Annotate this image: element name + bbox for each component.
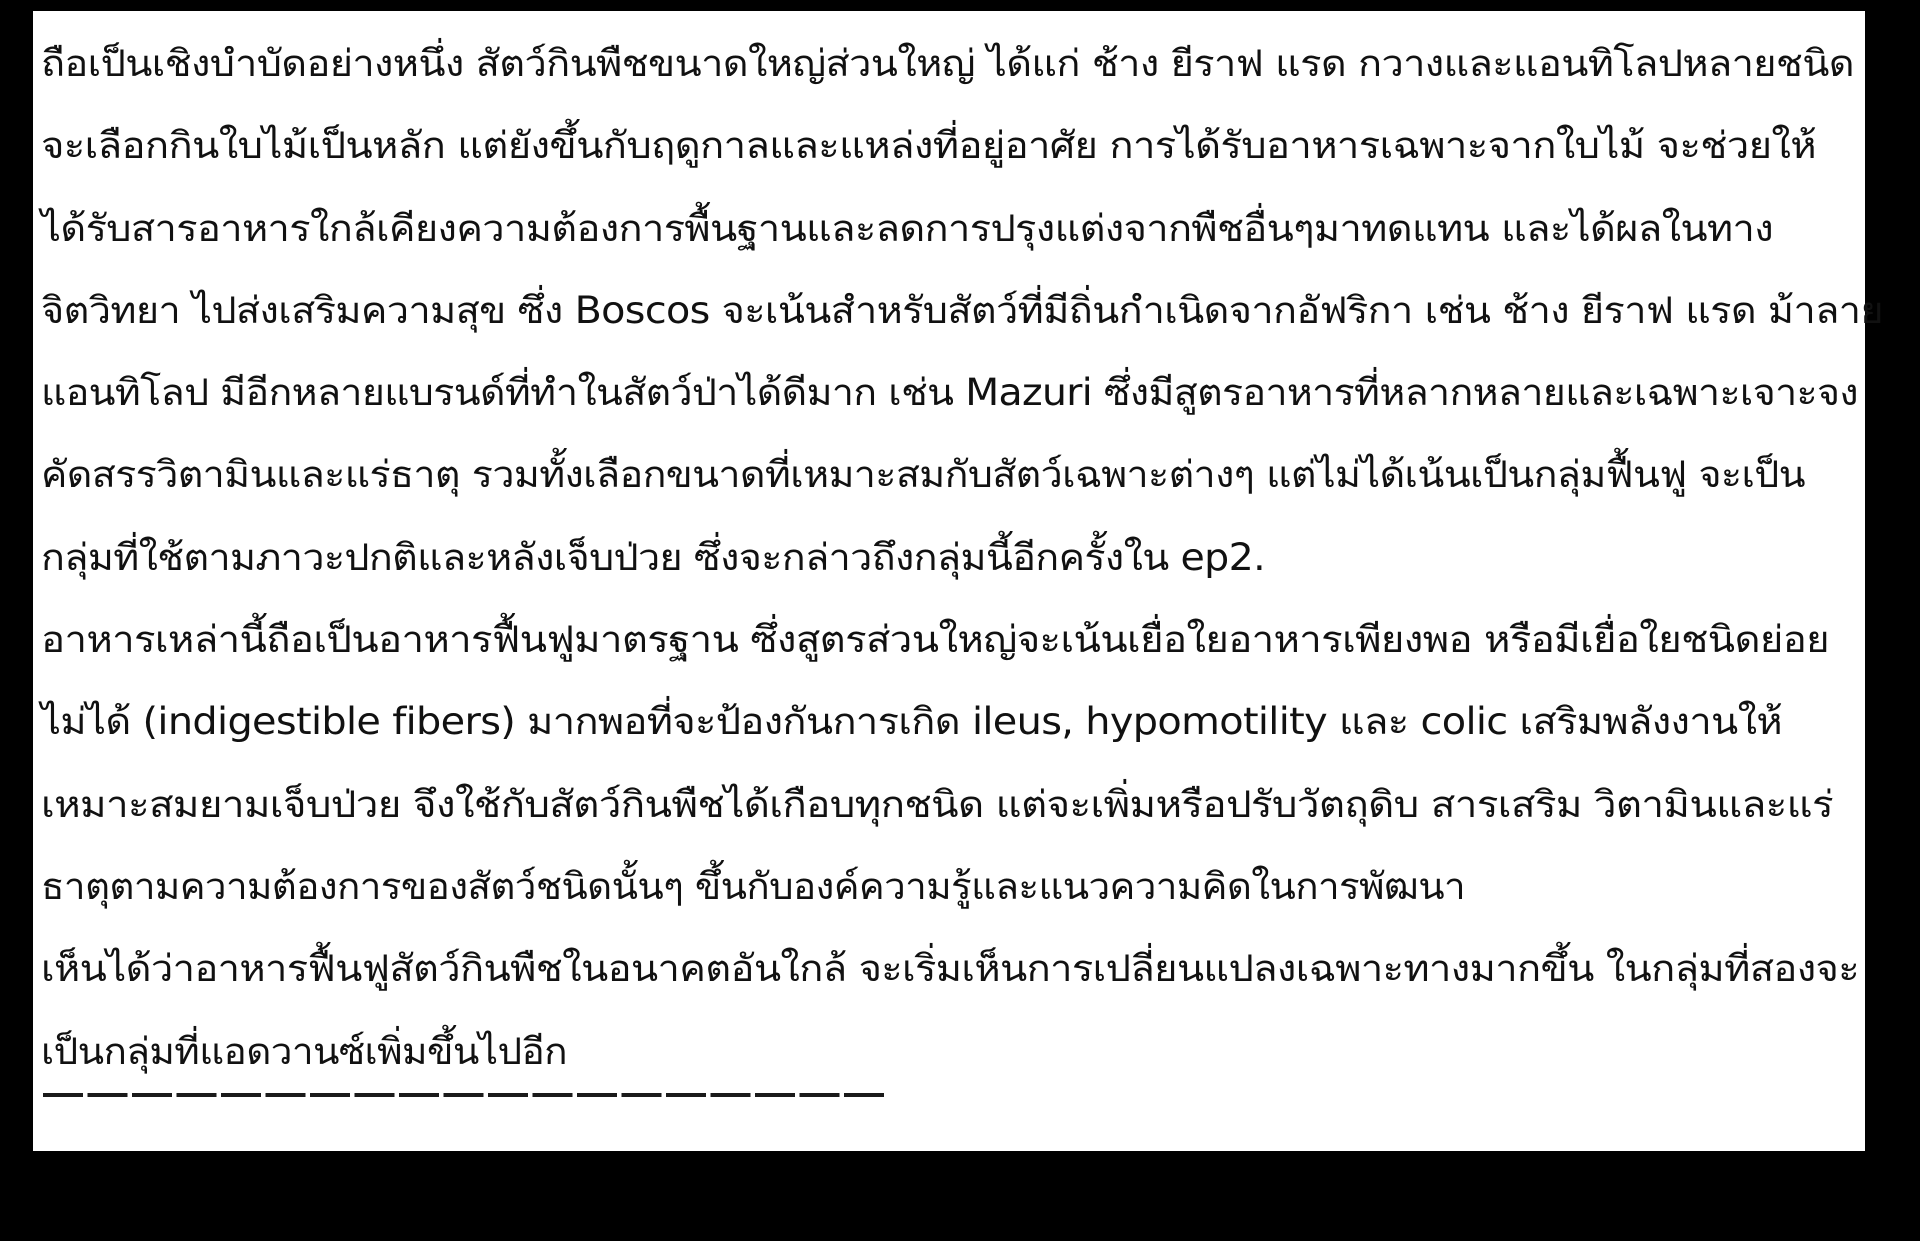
text-line: แอนทิโลป มีอีกหลายแบรนด์ที่ทำในสัตว์ป่าไ… xyxy=(41,352,1920,434)
text-line: เหมาะสมยามเจ็บป่วย จึงใช้กับสัตว์กินพืชไ… xyxy=(41,764,1920,846)
paragraph-1: ถือเป็นเชิงบำบัดอย่างหนึ่ง สัตว์กินพืชขน… xyxy=(41,23,1861,599)
text-line: ไม่ได้ (indigestible fibers) มากพอที่จะป… xyxy=(41,681,1920,763)
text-line: อาหารเหล่านี้ถือเป็นอาหารฟื้นฟูมาตรฐาน ซ… xyxy=(41,599,1920,681)
text-line: คัดสรรวิตามินและแร่ธาตุ รวมทั้งเลือกขนาด… xyxy=(41,434,1920,516)
text-line: จิตวิทยา ไปส่งเสริมความสุข ซึ่ง Boscos จ… xyxy=(41,270,1920,352)
document-page: ถือเป็นเชิงบำบัดอย่างหนึ่ง สัตว์กินพืชขน… xyxy=(33,11,1865,1151)
text-line: เห็นได้ว่าอาหารฟื้นฟูสัตว์กินพืชในอนาคตอ… xyxy=(41,928,1920,1010)
text-line: ถือเป็นเชิงบำบัดอย่างหนึ่ง สัตว์กินพืชขน… xyxy=(41,23,1920,105)
text-line: ได้รับสารอาหารใกล้เคียงความต้องการพื้นฐา… xyxy=(41,188,1920,270)
text-line: จะเลือกกินใบไม้เป็นหลัก แต่ยังขึ้นกับฤดู… xyxy=(41,105,1920,187)
text-line: เป็นกลุ่มที่แอดวานซ์เพิ่มขึ้นไปอีก xyxy=(41,1011,1920,1093)
paragraph-3: เห็นได้ว่าอาหารฟื้นฟูสัตว์กินพืชในอนาคตอ… xyxy=(41,928,1861,1093)
document-text: ถือเป็นเชิงบำบัดอย่างหนึ่ง สัตว์กินพืชขน… xyxy=(41,23,1861,1093)
text-line: กลุ่มที่ใช้ตามภาวะปกติและหลังเจ็บป่วย ซึ… xyxy=(41,517,1920,599)
separator-rule xyxy=(43,1093,888,1097)
paragraph-2: อาหารเหล่านี้ถือเป็นอาหารฟื้นฟูมาตรฐาน ซ… xyxy=(41,599,1861,928)
text-line: ธาตุตามความต้องการของสัตว์ชนิดนั้นๆ ขึ้น… xyxy=(41,846,1920,928)
